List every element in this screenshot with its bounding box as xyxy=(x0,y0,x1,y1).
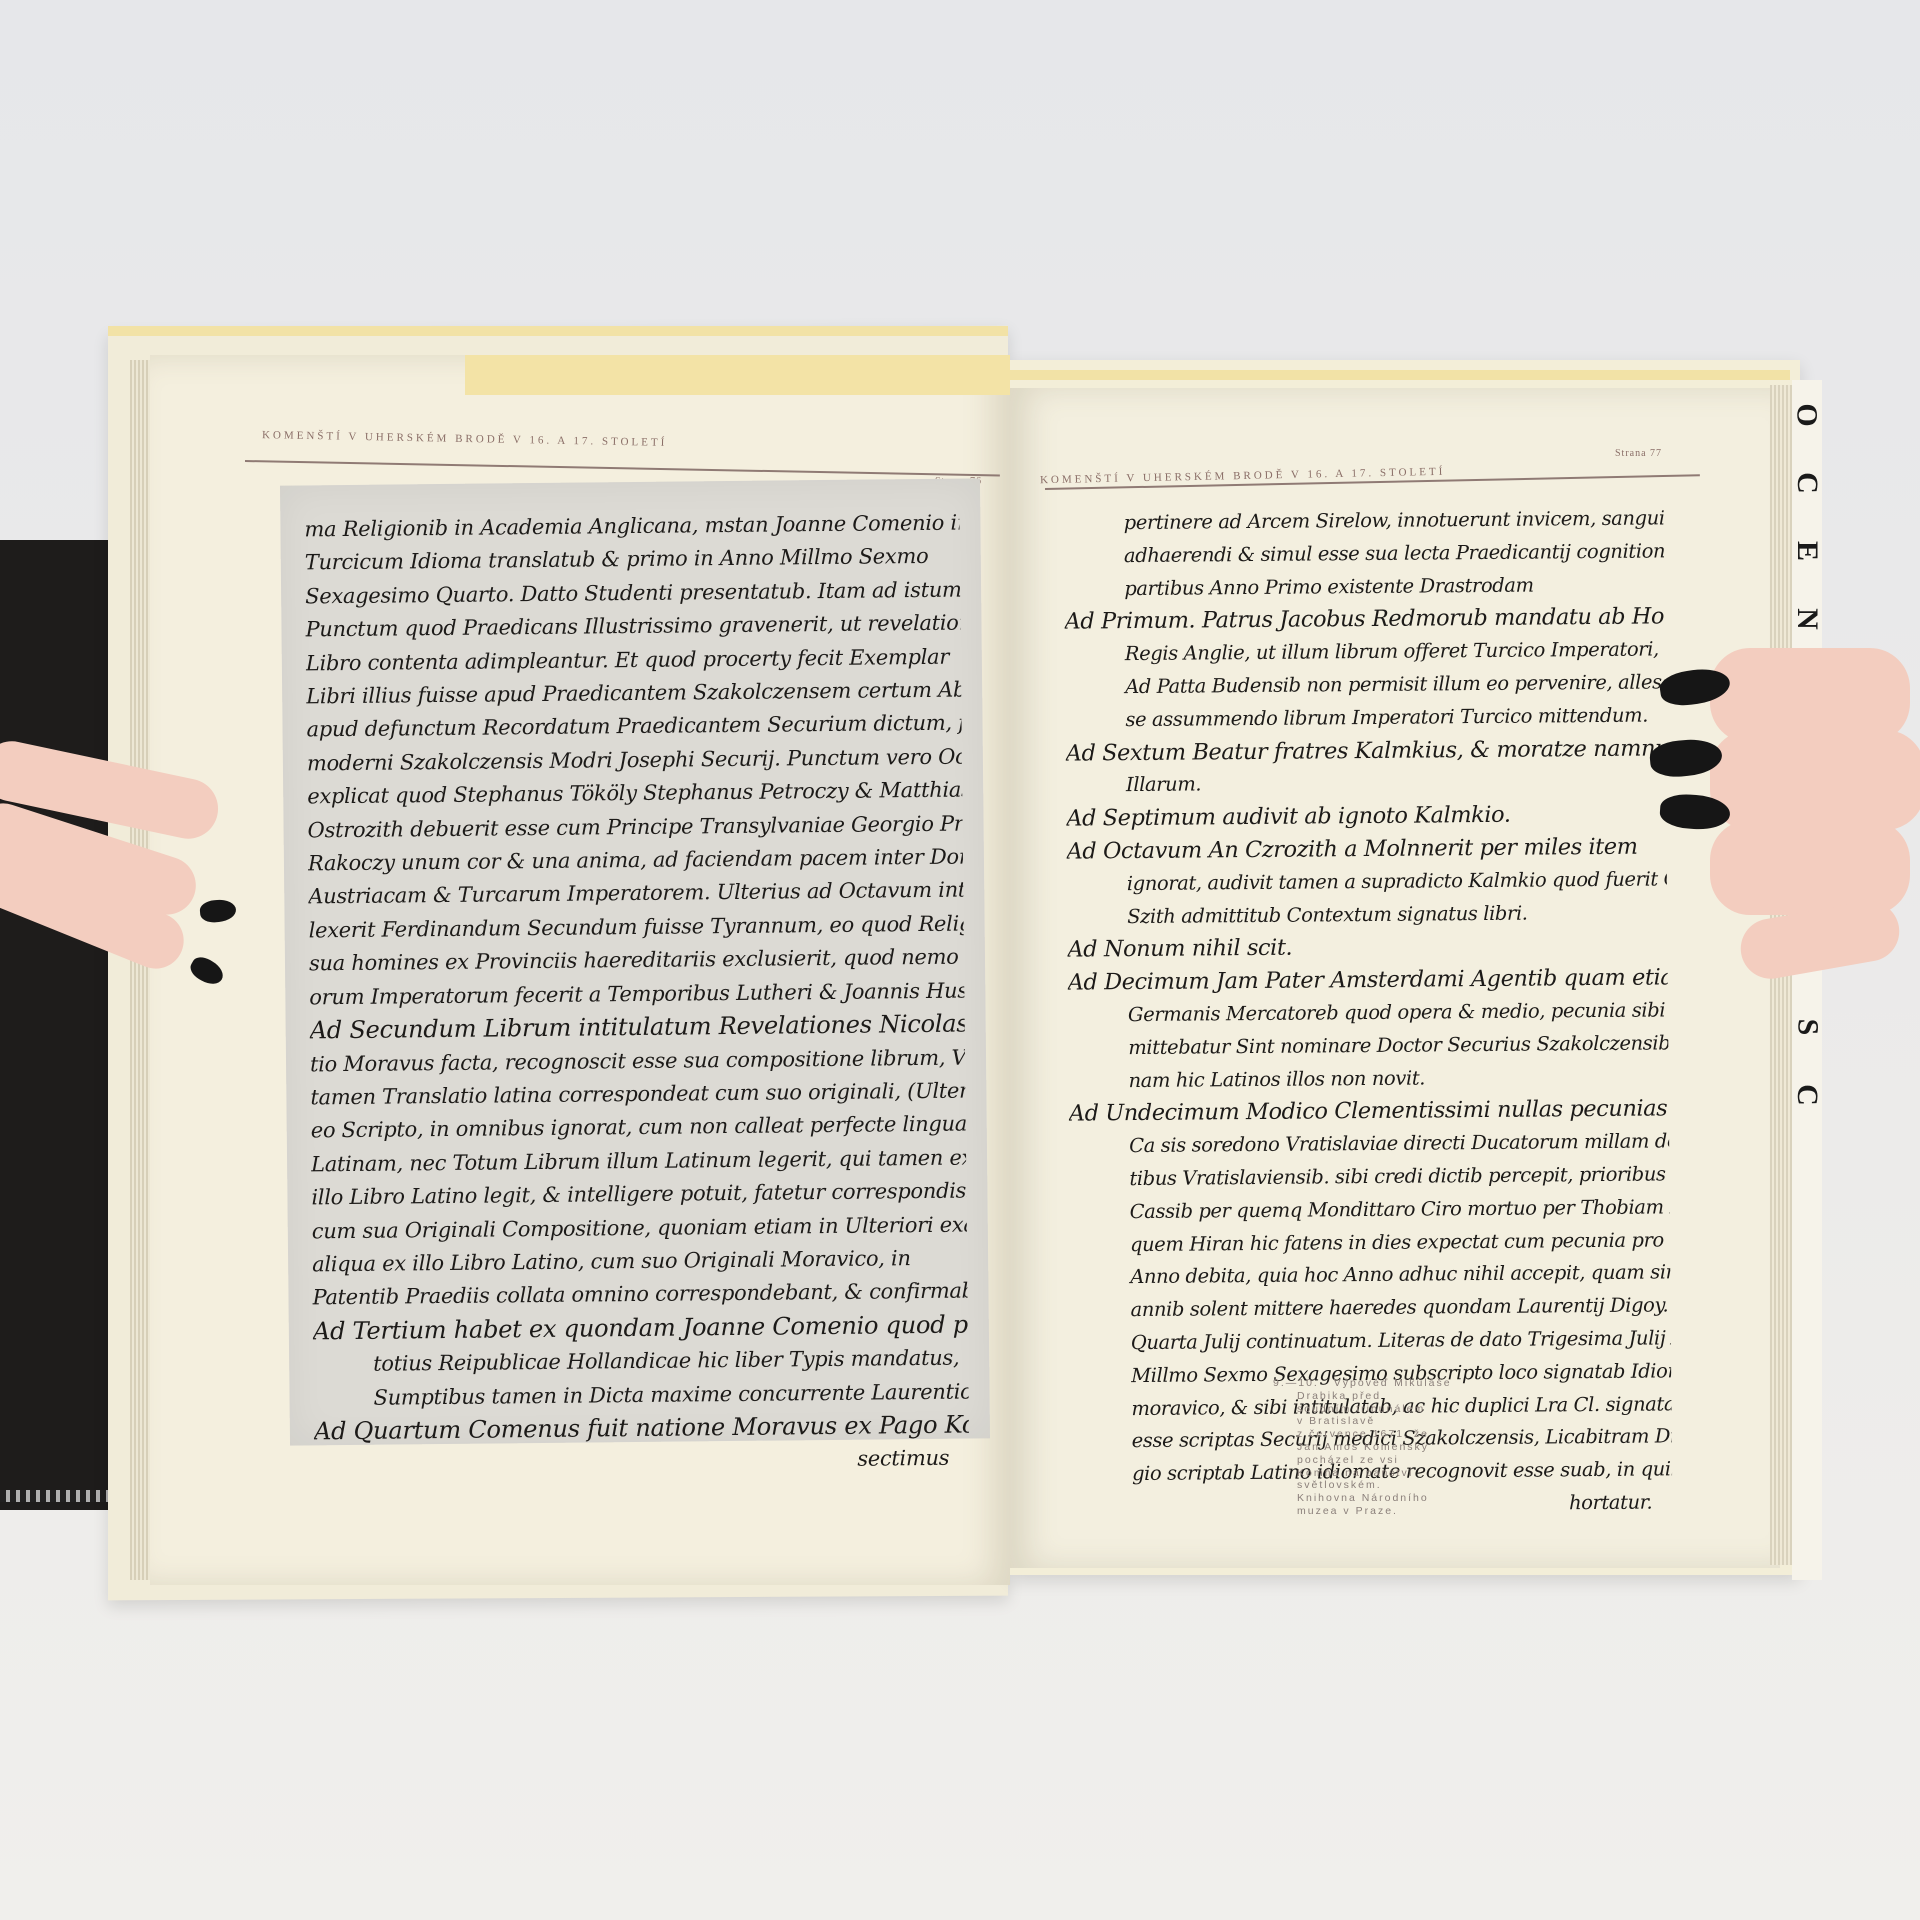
manuscript-text-left: ma Religionib in Academia Anglicana, mst… xyxy=(304,507,969,1483)
manuscript-line: Germanis Mercatoreb quod opera & medio, … xyxy=(1068,994,1668,1032)
spine-letter: E xyxy=(1792,541,1822,561)
caption-line: Drabika před xyxy=(1283,1390,1493,1403)
left-hand xyxy=(0,760,240,980)
caption-number: 9.—10. xyxy=(1273,1377,1319,1389)
manuscript-line: Regis Anglie, ut illum librum offeret Tu… xyxy=(1065,634,1665,672)
black-nail xyxy=(199,898,237,923)
caption-line: Výpověď Mikuláše xyxy=(1334,1377,1452,1389)
manuscript-line: Ad Nonum nihil scit. xyxy=(1067,929,1667,967)
finger xyxy=(1710,648,1910,743)
manuscript-line: Ad Sextum Beatur fratres Kalmkius, & mor… xyxy=(1066,732,1666,770)
spine-letter: N xyxy=(1792,608,1822,630)
caption-line: Jan Amos Komenský xyxy=(1283,1441,1493,1454)
manuscript-line: quem Hiran hic fatens in dies expectat c… xyxy=(1070,1224,1670,1262)
manuscript-line: Quarta Julij continuatum. Literas de dat… xyxy=(1071,1322,1671,1360)
caption-line: muzea v Praze. xyxy=(1283,1505,1493,1518)
right-hand xyxy=(1720,640,1920,1060)
manuscript-line: nam hic Latinos illos non novit. xyxy=(1068,1060,1668,1098)
manuscript-line: Ad Patta Budensib non permisit illum eo … xyxy=(1065,666,1665,704)
manuscript-line: pertinere ad Arcem Sirelow, innotuerunt … xyxy=(1064,502,1664,540)
manuscript-line: Ad Septimum audivit ab ignoto Kalmkio. xyxy=(1066,798,1666,836)
caption-line: světlovském. xyxy=(1283,1479,1493,1492)
spine-letter: C xyxy=(1792,1084,1822,1106)
manuscript-line: mittebatur Sint nominare Doctor Securius… xyxy=(1068,1027,1668,1065)
manuscript-line: Cassib per quemq Mondittaro Ciro mortuo … xyxy=(1070,1191,1670,1229)
caption-line: Knihovna Národního xyxy=(1283,1492,1493,1505)
finger xyxy=(1710,730,1920,830)
spine-letter: C xyxy=(1792,472,1822,494)
finger xyxy=(1710,820,1910,915)
manuscript-line: Ad Octavum An Czrozith a Molnnerit per m… xyxy=(1066,830,1666,868)
manuscript-line: adhaerendi & simul esse sua lecta Praedi… xyxy=(1064,535,1664,573)
spine-letter: O xyxy=(1792,403,1822,426)
manuscript-line: se assummendo librum Imperatori Turcico … xyxy=(1065,699,1665,737)
manuscript-line: Szith admittitub Contextum signatus libr… xyxy=(1067,896,1667,934)
yellow-endpaper-tab xyxy=(465,355,1010,395)
caption-line: soudním tribunálem xyxy=(1283,1403,1493,1416)
right-page-number: Strana 77 xyxy=(1615,448,1662,459)
manuscript-line: ignorat, audivit tamen a supradicto Kalm… xyxy=(1067,863,1667,901)
manuscript-text-right: pertinere ad Arcem Sirelow, innotuerunt … xyxy=(1064,502,1673,1524)
manuscript-line: Ca sis soredono Vratislaviae directi Duc… xyxy=(1069,1126,1669,1164)
manuscript-line: partibus Anno Primo existente Drastrodam xyxy=(1064,568,1664,606)
manuscript-line: sectimus xyxy=(314,1442,969,1482)
manuscript-line: Ad Decimum Jam Pater Amsterdami Agentib … xyxy=(1068,962,1668,1000)
manuscript-line: annib solent mittere haeredes quondam La… xyxy=(1070,1289,1670,1327)
caption-line: v Bratislavě xyxy=(1283,1415,1493,1428)
cover-top-edge-right xyxy=(1010,370,1790,380)
manuscript-line: tibus Vratislaviensib. sibi credi dictib… xyxy=(1069,1158,1669,1196)
caption-line: z července 1671, že xyxy=(1283,1428,1493,1441)
cover-top-edge-left xyxy=(108,326,1008,336)
manuscript-line: Anno debita, quia hoc Anno adhuc nihil a… xyxy=(1070,1257,1670,1295)
figure-caption: 9.—10. Výpověď Mikuláše Drabika před sou… xyxy=(1283,1377,1493,1518)
manuscript-line: Ad Undecimum Modico Clementissimi nullas… xyxy=(1069,1093,1669,1131)
manuscript-line: Illarum. xyxy=(1066,765,1666,803)
caption-line: pocházel ze vsi xyxy=(1283,1454,1493,1467)
manuscript-line: Ad Primum. Patrus Jacobus Redmorub manda… xyxy=(1064,601,1664,639)
manuscript-facsimile-left: ma Religionib in Academia Anglicana, mst… xyxy=(280,478,990,1445)
caption-line: Komňa na panství xyxy=(1283,1467,1493,1480)
